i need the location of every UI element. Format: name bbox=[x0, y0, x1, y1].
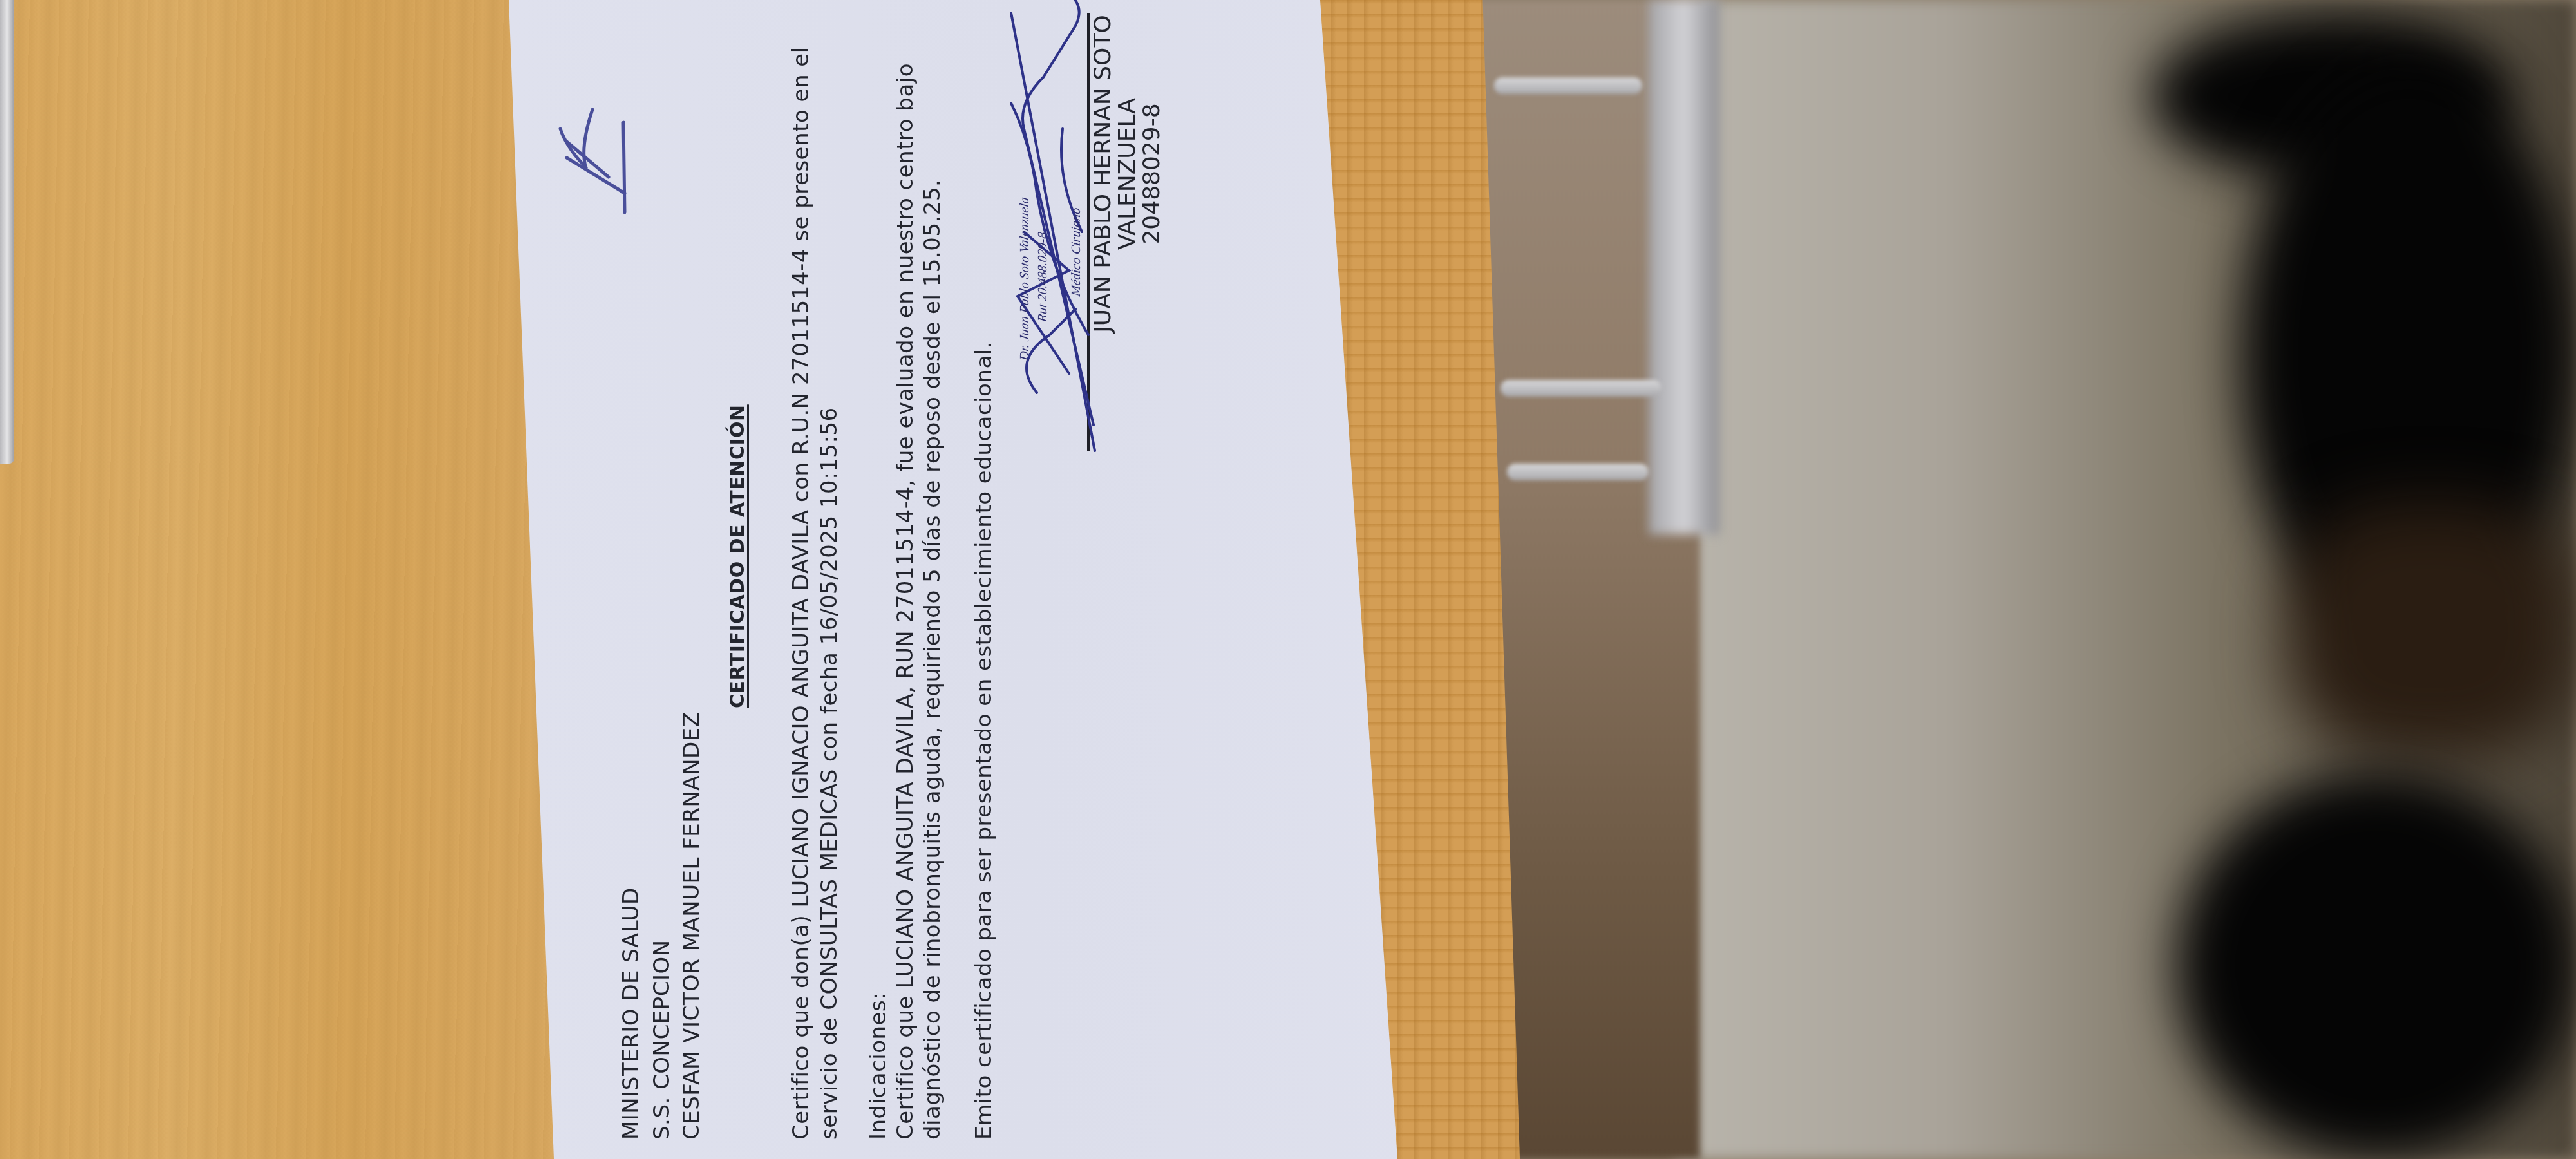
header-clinic: CESFAM VICTOR MANUEL FERNANDEZ bbox=[679, 711, 705, 1140]
attendance-statement-line2: servicio de CONSULTAS MEDICAS con fecha … bbox=[817, 407, 842, 1140]
indications-line2: diagnóstico de rinobronquitis aguda, req… bbox=[920, 180, 945, 1140]
cabinet-handle bbox=[1507, 464, 1649, 480]
signer-name-line2: VALENZUELA bbox=[1115, 0, 1140, 399]
indications-label: Indicaciones: bbox=[866, 992, 891, 1140]
cabinet-handle bbox=[1494, 77, 1642, 94]
indications-line1: Certifico que LUCIANO ANGUITA DAVILA, RU… bbox=[893, 63, 918, 1140]
signer-rut: 20488029-8 bbox=[1140, 0, 1164, 399]
wooden-table bbox=[0, 0, 580, 1159]
blurred-dark-object bbox=[2177, 773, 2576, 1159]
cabinet-handle bbox=[1501, 380, 1662, 397]
closing-statement: Emito certificado para ser presentado en… bbox=[971, 341, 997, 1140]
signer-name-line1: JUAN PABLO HERNAN SOTO bbox=[1091, 0, 1115, 399]
certificate-title: CERTIFICADO DE ATENCIÓN bbox=[726, 404, 749, 708]
header-health-service: S.S. CONCEPCION bbox=[649, 939, 675, 1140]
attendance-statement-line1: Certifico que don(a) LUCIANO IGNACIO ANG… bbox=[788, 46, 814, 1140]
signer-info: JUAN PABLO HERNAN SOTO VALENZUELA 204880… bbox=[1091, 0, 1164, 399]
medical-certificate: MINISTERIO DE SALUD S.S. CONCEPCION CESF… bbox=[528, 0, 1397, 1159]
signature-stamp-rut: Rut 20.488.029-8 bbox=[1036, 231, 1050, 323]
header-ministry: MINISTERIO DE SALUD bbox=[618, 887, 644, 1140]
metal-rail bbox=[1649, 0, 1719, 534]
signature-stamp-title: Médico Cirujano bbox=[1069, 207, 1084, 297]
handwritten-initials bbox=[554, 103, 650, 219]
blurred-brown-surface bbox=[2286, 502, 2576, 760]
metal-table-edge bbox=[0, 0, 14, 464]
signature-stamp-name: Dr. Juan Pablo Soto Valenzuela bbox=[1018, 196, 1032, 362]
